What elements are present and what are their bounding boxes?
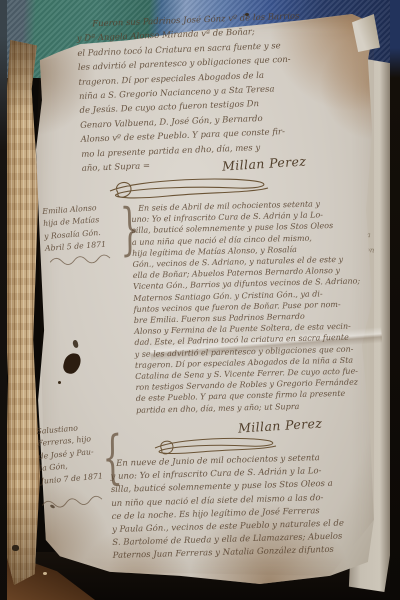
photo-left-edge-shadow: [0, 0, 7, 600]
entry-emilia-text: En seis de Abril de mil ochocientos sete…: [131, 197, 376, 416]
manuscript-photo: AlaMonrepAgó InteJoséy JuSabal Fueron su…: [0, 0, 400, 600]
paper-speck: [245, 13, 249, 16]
wood-highlight-speck: [43, 572, 47, 575]
book-binding-gutter: [2, 40, 40, 585]
signature-rubric-flourish: [150, 434, 280, 456]
photo-right-edge-shadow: [390, 0, 400, 600]
ink-speck: [58, 381, 61, 384]
entry-salustiano-text: En nueve de Junio de mil ochocientos y s…: [110, 451, 379, 564]
paper-speck: [12, 545, 19, 551]
entry-continuation-text: Fueron sus Padrinos José Gónz vº de los …: [76, 6, 384, 176]
